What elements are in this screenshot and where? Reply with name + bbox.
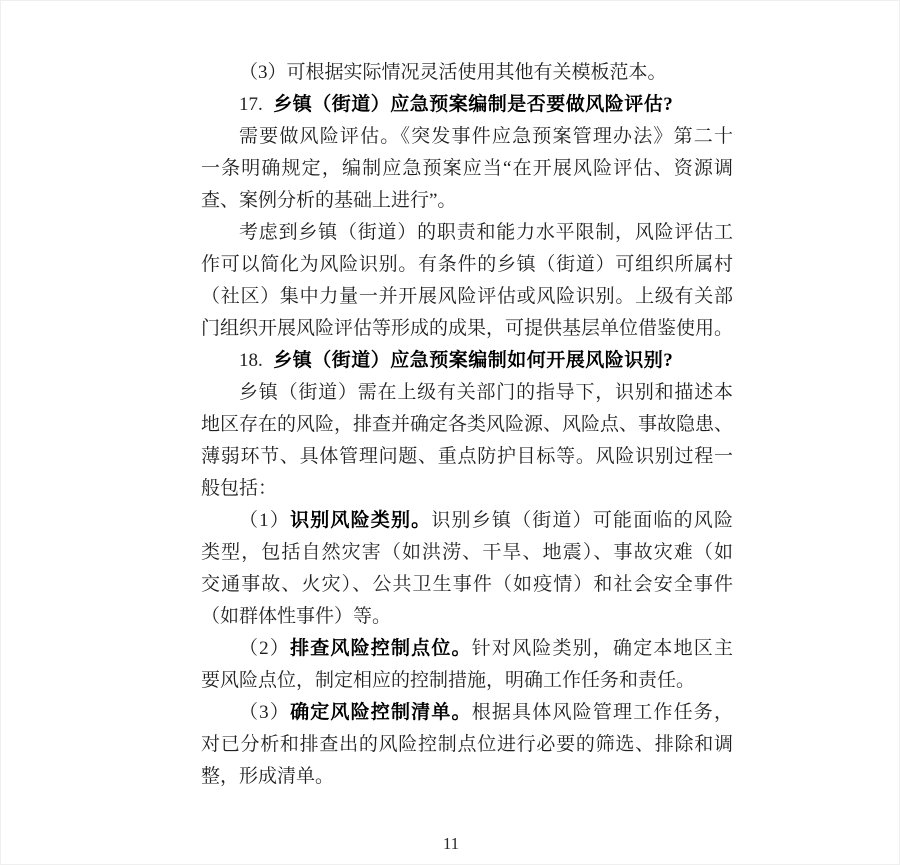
text-segment: 般包括： <box>201 478 277 499</box>
list-item-marker: （1） <box>239 510 290 531</box>
paragraph-line: 般包括： <box>201 473 733 505</box>
text-segment: （社区）集中力量一并开展风险评估或风险识别。上级有关部 <box>201 286 733 307</box>
text-segment: 要风险点位，制定相应的控制措施，明确工作任务和责任。 <box>201 670 695 691</box>
page-number: 11 <box>1 832 900 856</box>
paragraph-line: 门组织开展风险评估等形成的成果，可提供基层单位借鉴使用。 <box>201 313 733 345</box>
text-segment: 查、案例分析的基础上进行”。 <box>201 190 456 211</box>
text-segment: 类型，包括自然灾害（如洪涝、干旱、地震）、事故灾难（如 <box>201 542 733 563</box>
paragraph-line: 整，形成清单。 <box>201 761 733 793</box>
paragraph-line: 查、案例分析的基础上进行”。 <box>201 185 733 217</box>
paragraph-line: 一条明确规定，编制应急预案应当“在开展风险评估、资源调 <box>201 153 733 185</box>
text-segment: 一条明确规定，编制应急预案应当“在开展风险评估、资源调 <box>201 158 733 179</box>
list-item-marker: （2） <box>239 638 290 659</box>
text-segment: 对已分析和排查出的风险控制点位进行必要的筛选、排除和调 <box>201 734 733 755</box>
text-segment: 识别乡镇（街道）可能面临的风险 <box>431 510 733 531</box>
paragraph-line: 要风险点位，制定相应的控制措施，明确工作任务和责任。 <box>201 665 733 697</box>
paragraph-line: （3）可根据实际情况灵活使用其他有关模板范本。 <box>201 57 733 89</box>
list-item-marker: （3） <box>239 702 290 723</box>
paragraph-line: 薄弱环节、具体管理问题、重点防护目标等。风险识别过程一 <box>201 441 733 473</box>
question-number: 17. <box>239 94 263 115</box>
list-item-term: 排查风险控制点位。 <box>290 638 472 659</box>
text-segment: 薄弱环节、具体管理问题、重点防护目标等。风险识别过程一 <box>201 446 733 467</box>
text-segment: 针对风险类别，确定本地区主 <box>472 638 733 659</box>
text-segment: 交通事故、火灾）、公共卫生事件（如疫情）和社会安全事件 <box>201 574 733 595</box>
paragraph-line: 考虑到乡镇（街道）的职责和能力水平限制，风险评估工 <box>201 217 733 249</box>
question-number: 18. <box>239 350 263 371</box>
text-segment: （如群体性事件）等。 <box>201 606 391 627</box>
text-segment: 整，形成清单。 <box>201 766 334 787</box>
question-title: 乡镇（街道）应急预案编制是否要做风险评估? <box>273 94 673 115</box>
text-segment: 考虑到乡镇（街道）的职责和能力水平限制，风险评估工 <box>239 222 733 243</box>
text-segment: 根据具体风险管理工作任务， <box>472 702 733 723</box>
paragraph-line: 对已分析和排查出的风险控制点位进行必要的筛选、排除和调 <box>201 729 733 761</box>
heading-question-18: 18.乡镇（街道）应急预案编制如何开展风险识别? <box>201 345 733 377</box>
paragraph-line: 类型，包括自然灾害（如洪涝、干旱、地震）、事故灾难（如 <box>201 537 733 569</box>
question-title: 乡镇（街道）应急预案编制如何开展风险识别? <box>273 350 673 371</box>
text-segment: （3）可根据实际情况灵活使用其他有关模板范本。 <box>239 62 667 83</box>
paragraph-line: 作可以简化为风险识别。有条件的乡镇（街道）可组织所属村 <box>201 249 733 281</box>
list-item-term: 确定风险控制清单。 <box>290 702 472 723</box>
paragraph-line: （如群体性事件）等。 <box>201 601 733 633</box>
text-segment: 乡镇（街道）需在上级有关部门的指导下，识别和描述本 <box>239 382 733 403</box>
text-segment: 作可以简化为风险识别。有条件的乡镇（街道）可组织所属村 <box>201 254 733 275</box>
paragraph-line: （社区）集中力量一并开展风险评估或风险识别。上级有关部 <box>201 281 733 313</box>
paragraph-line: 地区存在的风险，排查并确定各类风险源、风险点、事故隐患、 <box>201 409 733 441</box>
paragraph-line: 需要做风险评估。《突发事件应急预案管理办法》第二十 <box>201 121 733 153</box>
text-segment: 需要做风险评估。《突发事件应急预案管理办法》第二十 <box>239 126 733 147</box>
list-item-2-line: （2）排查风险控制点位。针对风险类别，确定本地区主 <box>201 633 733 665</box>
paragraph-line: 交通事故、火灾）、公共卫生事件（如疫情）和社会安全事件 <box>201 569 733 601</box>
heading-question-17: 17.乡镇（街道）应急预案编制是否要做风险评估? <box>201 89 733 121</box>
text-segment: 地区存在的风险，排查并确定各类风险源、风险点、事故隐患、 <box>201 414 733 435</box>
paragraph-line: 乡镇（街道）需在上级有关部门的指导下，识别和描述本 <box>201 377 733 409</box>
document-text-block: （3）可根据实际情况灵活使用其他有关模板范本。 17.乡镇（街道）应急预案编制是… <box>201 57 733 793</box>
list-item-3-line: （3）确定风险控制清单。根据具体风险管理工作任务， <box>201 697 733 729</box>
document-page: （3）可根据实际情况灵活使用其他有关模板范本。 17.乡镇（街道）应急预案编制是… <box>0 0 900 865</box>
list-item-1-line: （1）识别风险类别。识别乡镇（街道）可能面临的风险 <box>201 505 733 537</box>
text-segment: 门组织开展风险评估等形成的成果，可提供基层单位借鉴使用。 <box>201 318 733 339</box>
list-item-term: 识别风险类别。 <box>290 510 431 531</box>
